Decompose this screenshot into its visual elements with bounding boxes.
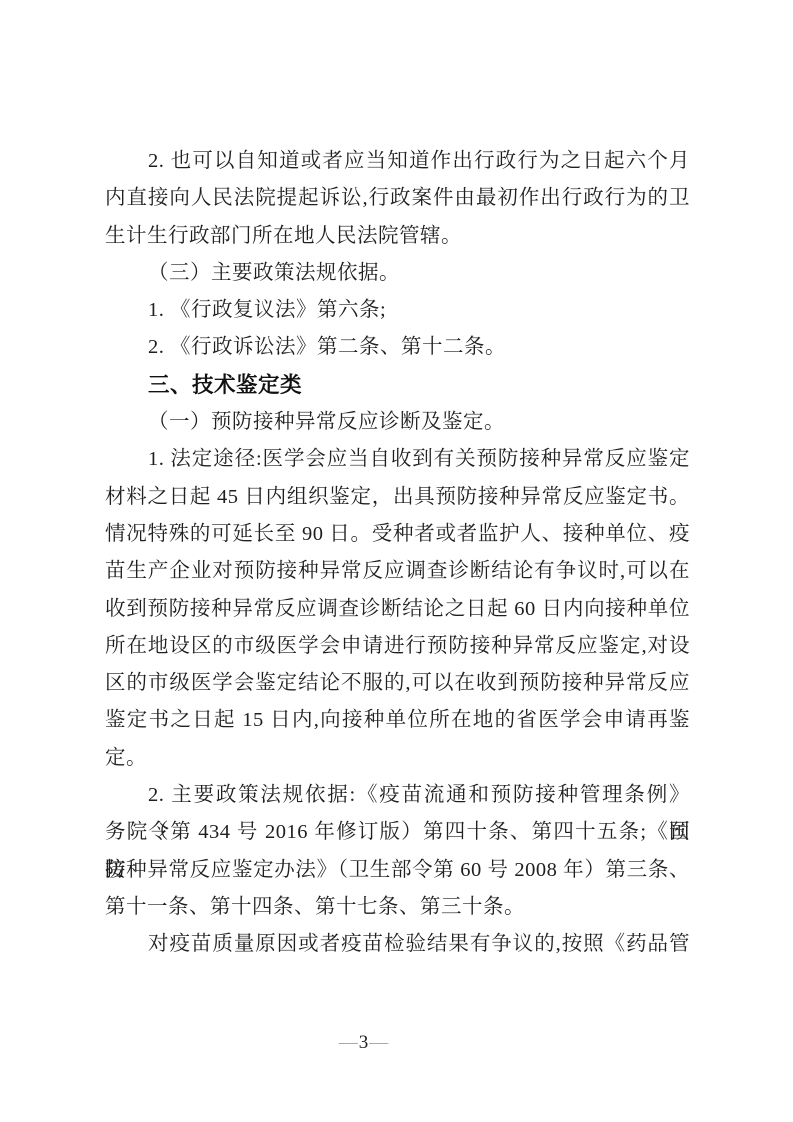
- page-number-dash-left: —: [339, 1032, 358, 1053]
- text-line: 收到预防接种异常反应调查诊断结论之日起 60 日内向接种单位: [105, 591, 690, 628]
- text-line: 材料之日起 45 日内组织鉴定，出具预防接种异常反应鉴定书。: [105, 479, 690, 516]
- text-line: 务院令第 434 号 2016 年修订版）第四十条、第四十五条;《预防: [105, 814, 690, 851]
- document-page: 2. 也可以自知道或者应当知道作出行政行为之日起六个月内直接向人民法院提起诉讼,…: [0, 0, 793, 1122]
- text-line: 内直接向人民法院提起诉讼,行政案件由最初作出行政行为的卫: [105, 180, 690, 217]
- text-line: 情况特殊的可延长至 90 日。受种者或者监护人、接种单位、疫: [105, 516, 690, 553]
- text-line: （三）主要政策法规依据。: [105, 255, 690, 292]
- text-line: 1. 法定途径:医学会应当自收到有关预防接种异常反应鉴定: [105, 441, 690, 478]
- text-line: 2. 主要政策法规依据:《疫苗流通和预防接种管理条例》（国: [105, 777, 690, 814]
- text-line: 所在地设区的市级医学会申请进行预防接种异常反应鉴定,对设: [105, 628, 690, 665]
- page-number-dash-right: —: [369, 1032, 388, 1053]
- text-line: 第十一条、第十四条、第十七条、第三十条。: [105, 889, 690, 926]
- document-content: 2. 也可以自知道或者应当知道作出行政行为之日起六个月内直接向人民法院提起诉讼,…: [105, 143, 690, 964]
- text-line: 接种异常反应鉴定办法》（卫生部令第 60 号 2008 年）第三条、: [105, 852, 690, 889]
- section-heading: 三、技术鉴定类: [105, 367, 690, 404]
- page-number-value: 3: [358, 1032, 370, 1053]
- text-line: 鉴定书之日起 15 日内,向接种单位所在地的省医学会申请再鉴: [105, 702, 690, 739]
- text-line: 1. 《行政复议法》第六条;: [105, 292, 690, 329]
- text-line: 苗生产企业对预防接种异常反应调查诊断结论有争议时,可以在: [105, 553, 690, 590]
- text-line: 定。: [105, 740, 690, 777]
- text-line: 2. 《行政诉讼法》第二条、第十二条。: [105, 329, 690, 366]
- page-number: —3—: [0, 1030, 727, 1056]
- text-line: 对疫苗质量原因或者疫苗检验结果有争议的,按照《药品管: [105, 926, 690, 963]
- text-line: 2. 也可以自知道或者应当知道作出行政行为之日起六个月: [105, 143, 690, 180]
- text-line: （一）预防接种异常反应诊断及鉴定。: [105, 404, 690, 441]
- text-line: 区的市级医学会鉴定结论不服的,可以在收到预防接种异常反应: [105, 665, 690, 702]
- text-line: 生计生行政部门所在地人民法院管辖。: [105, 218, 690, 255]
